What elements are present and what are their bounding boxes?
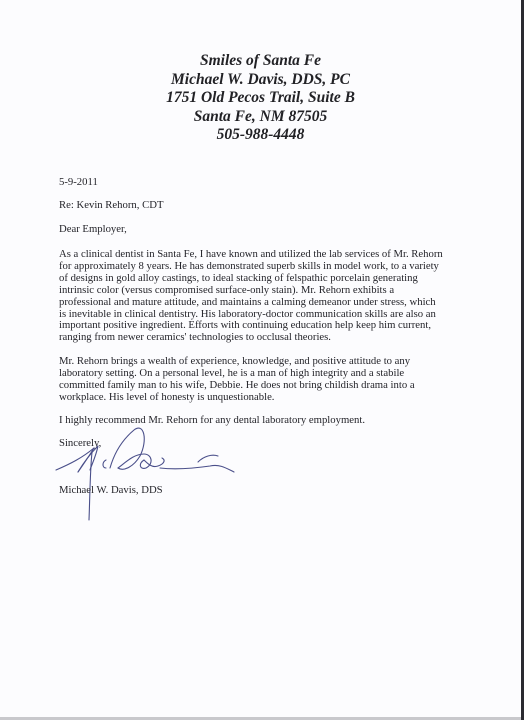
- paragraph-line: workplace. His level of honesty is unque…: [59, 392, 415, 404]
- practice-name: Smiles of Santa Fe: [0, 52, 521, 71]
- paragraph-line: ranging from newer ceramics' technologie…: [59, 332, 443, 344]
- paragraph-line: professional and mature attitude, and ma…: [59, 297, 443, 309]
- handwritten-signature: [48, 424, 238, 524]
- letterhead: Smiles of Santa Fe Michael W. Davis, DDS…: [0, 52, 521, 145]
- signer-name: Michael W. Davis, DDS: [59, 485, 163, 497]
- salutation: Dear Employer,: [59, 224, 127, 236]
- letter-date: 5-9-2011: [59, 177, 98, 189]
- paragraph-line: committed family man to his wife, Debbie…: [59, 380, 415, 392]
- phone-number: 505-988-4448: [0, 126, 521, 145]
- letter-page: Smiles of Santa Fe Michael W. Davis, DDS…: [0, 0, 521, 717]
- address-line-2: Santa Fe, NM 87505: [0, 108, 521, 127]
- letter-subject: Re: Kevin Rehorn, CDT: [59, 200, 164, 212]
- doctor-name: Michael W. Davis, DDS, PC: [0, 71, 521, 90]
- paragraph-line: intrinsic color (versus compromised surf…: [59, 285, 443, 297]
- paragraph-1: As a clinical dentist in Santa Fe, I hav…: [59, 249, 443, 344]
- paragraph-line: of designs in gold alloy castings, to id…: [59, 273, 443, 285]
- address-line-1: 1751 Old Pecos Trail, Suite B: [0, 89, 521, 108]
- paragraph-2: Mr. Rehorn brings a wealth of experience…: [59, 356, 415, 404]
